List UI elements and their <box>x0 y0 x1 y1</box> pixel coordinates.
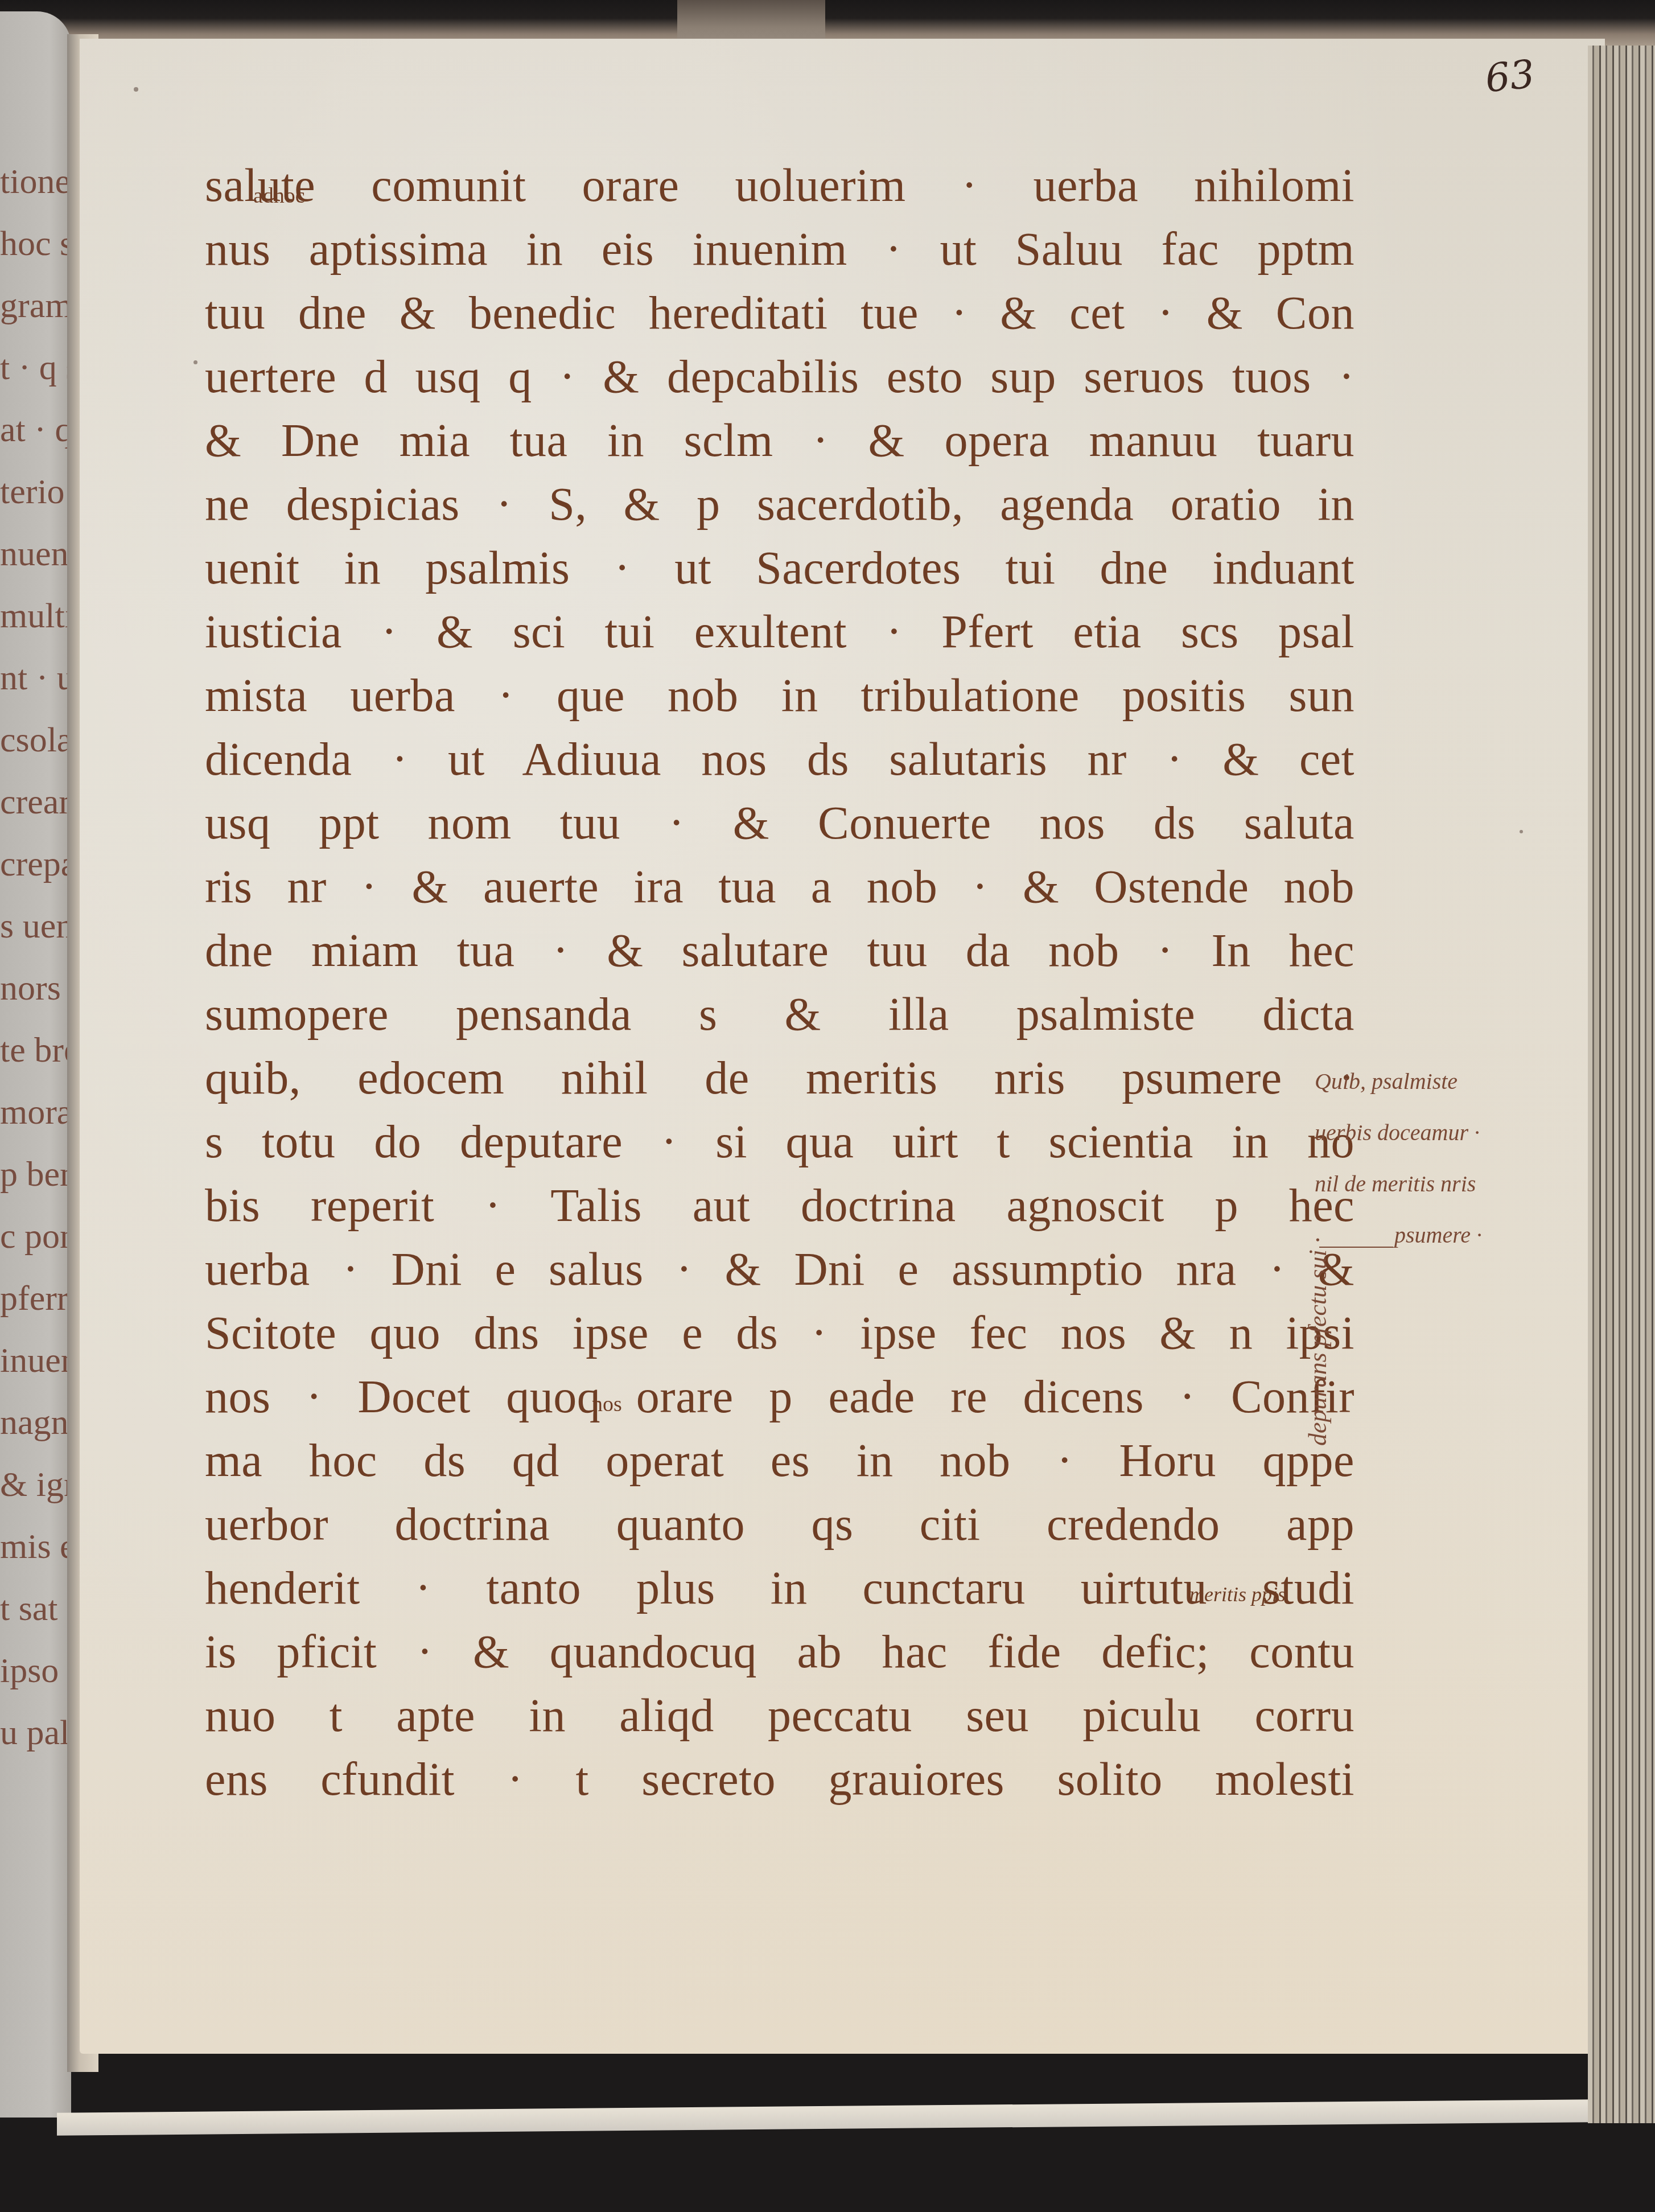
text-line: & Dne mia tua in sclm · & opera manuu tu… <box>205 409 1355 472</box>
facing-page-line: hoc sal <box>0 213 71 275</box>
facing-page-line: t sat mi <box>0 1578 71 1640</box>
facing-page-verso: tione uhoc salgram cot · q se cat · qs e… <box>0 11 71 2118</box>
text-line: dne miam tua · & salutare tuu da nob · I… <box>205 919 1355 982</box>
text-line: uerbor doctrina quanto qs citi credendo … <box>205 1493 1355 1556</box>
facing-page-line: nuenim <box>0 523 71 585</box>
facing-page-line: te bre <box>0 1019 71 1082</box>
text-line: ris nr · & auerte ira tua a nob · & Oste… <box>205 855 1355 919</box>
text-line: uerba · Dni e salus · & Dni e assumptio … <box>205 1237 1355 1301</box>
text-line: salute comunit orare uoluerim · uerba ni… <box>205 154 1355 217</box>
facing-page-line: u palm <box>0 1702 71 1764</box>
facing-page-line: & igno <box>0 1454 71 1516</box>
text-line: ne despicias · S, & p sacerdotib, agenda… <box>205 472 1355 536</box>
ink-speck <box>134 87 138 92</box>
facing-page-line: ipso ct <box>0 1640 71 1702</box>
margin-note-line: Quib, psalmiste <box>1315 1056 1554 1107</box>
facing-page-line: morant <box>0 1082 71 1144</box>
facing-page-line: p bem <box>0 1144 71 1206</box>
text-line: iusticia · & sci tui exultent · Pfert et… <box>205 600 1355 664</box>
text-line: henderit · tanto plus in cunctaru uirtut… <box>205 1556 1355 1620</box>
text-line: mista uerba · que nob in tribulatione po… <box>205 664 1355 727</box>
margin-note-line: uerbis doceamur · <box>1315 1107 1554 1158</box>
text-line: uertere d usq q · & depcabilis esto sup … <box>205 345 1355 409</box>
facing-page-line: csolan <box>0 709 71 771</box>
facing-page-line: nt · ubi <box>0 647 71 709</box>
facing-page-line: c pon <box>0 1206 71 1268</box>
facing-page-line: gram co <box>0 275 71 337</box>
facing-page-line: cream <box>0 771 71 833</box>
right-margin-annotation: Quib, psalmiste uerbis doceamur · nil de… <box>1315 1056 1554 1261</box>
text-line: is pficit · & quandocuq ab hac fide defi… <box>205 1620 1355 1684</box>
text-line: tuu dne & benedic hereditati tue · & cet… <box>205 281 1355 345</box>
page-bottom-edge <box>57 2099 1594 2136</box>
interlinear-gloss: adhoc <box>253 183 305 208</box>
text-line: sumopere pensanda s & illa psalmiste dic… <box>205 982 1355 1046</box>
facing-page-line: mis elo <box>0 1516 71 1578</box>
text-line: quib, edocem nihil de meritis nris psume… <box>205 1046 1355 1110</box>
facing-page-text: tione uhoc salgram cot · q se cat · qs e… <box>0 151 71 1764</box>
text-line: ens cfundit · t secreto grauiores solito… <box>205 1748 1355 1811</box>
facing-page-line: terio re <box>0 461 71 523</box>
text-line: usq ppt nom tuu · & Conuerte nos ds salu… <box>205 791 1355 855</box>
text-line: ma hoc ds qd operat es in nob · Horu qpp… <box>205 1429 1355 1493</box>
text-line: s totu do deputare · si qua uirt t scien… <box>205 1110 1355 1174</box>
facing-page-line: pferre <box>0 1268 71 1330</box>
facing-page-line: crepan <box>0 833 71 895</box>
text-line: nus aptissima in eis inuenim · ut Saluu … <box>205 217 1355 281</box>
margin-note-line: nil de meritis nris <box>1315 1158 1554 1210</box>
margin-small-gloss: meritis ppis <box>1189 1582 1286 1606</box>
text-line: bis reperit · Talis aut doctrina agnosci… <box>205 1174 1355 1237</box>
facing-page-line: inuen <box>0 1330 71 1392</box>
main-text-block: salute comunit orare uoluerim · uerba ni… <box>205 154 1355 1811</box>
book-fore-edge-pages <box>1588 46 1655 2123</box>
ink-speck <box>194 360 197 364</box>
facing-page-line: t · q se c <box>0 337 71 399</box>
vertical-margin-annotation: depurans pfectu sui · <box>1303 1104 1332 1446</box>
facing-page-line: nors ein <box>0 957 71 1019</box>
text-line: uenit in psalmis · ut Sacerdotes tui dne… <box>205 536 1355 600</box>
facing-page-line: s ueniat <box>0 895 71 957</box>
facing-page-line: multim <box>0 585 71 647</box>
text-line: Scitote quo dns ipse e ds · ipse fec nos… <box>205 1301 1355 1365</box>
interlinear-gloss: nos <box>592 1392 622 1417</box>
ink-speck <box>1520 830 1523 833</box>
text-line: dicenda · ut Adiuua nos ds salutaris nr … <box>205 727 1355 791</box>
text-line: nos · Docet quoq orare p eade re dicens … <box>205 1365 1355 1429</box>
facing-page-line: at · qs et <box>0 399 71 461</box>
text-line: nuo t apte in aliqd peccatu seu piculu c… <box>205 1684 1355 1748</box>
folio-number: 63 <box>1483 52 1537 102</box>
margin-note-line: psumere · <box>1315 1210 1554 1261</box>
facing-page-line: tione u <box>0 151 71 213</box>
facing-page-line: nagnam <box>0 1392 71 1454</box>
